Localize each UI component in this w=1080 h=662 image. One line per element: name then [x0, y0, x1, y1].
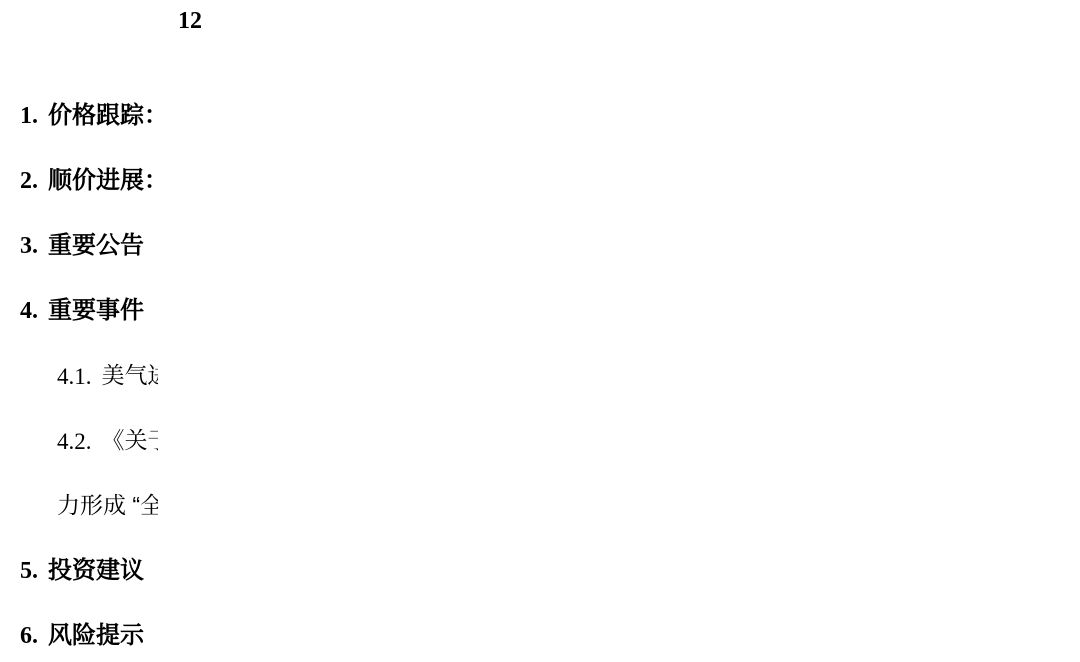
document-page: 内容目录 1. 价格跟踪：供暖需求+美伊局势升温，海外气价大涨 4 2. 顺价进… [0, 0, 1080, 662]
toc-entry-label: 投资建议 [48, 550, 144, 585]
toc-entry-label: 风险提示 [48, 615, 144, 650]
toc-entry-label: 重要事件 [48, 290, 144, 325]
toc-entry-number: 1. [20, 103, 48, 130]
toc-entry-number: 5. [20, 558, 48, 585]
toc-entry-number: 4.2. [57, 429, 102, 455]
toc-entry-number: 4. [20, 298, 48, 325]
toc-entry-label: 重要公告 [48, 225, 144, 260]
table-of-contents: 1. 价格跟踪：供暖需求+美伊局势升温，海外气价大涨 4 2. 顺价进展：全国顺… [20, 96, 1042, 650]
toc-entry-number: 4.1. [57, 364, 102, 390]
toc-entry-number: 2. [20, 168, 48, 195]
toc-entry-page: 12 [158, 0, 1042, 650]
toc-entry-6[interactable]: 6. 风险提示 12 [20, 616, 1042, 650]
toc-entry-number: 6. [20, 623, 48, 650]
toc-entry-number: 3. [20, 233, 48, 260]
